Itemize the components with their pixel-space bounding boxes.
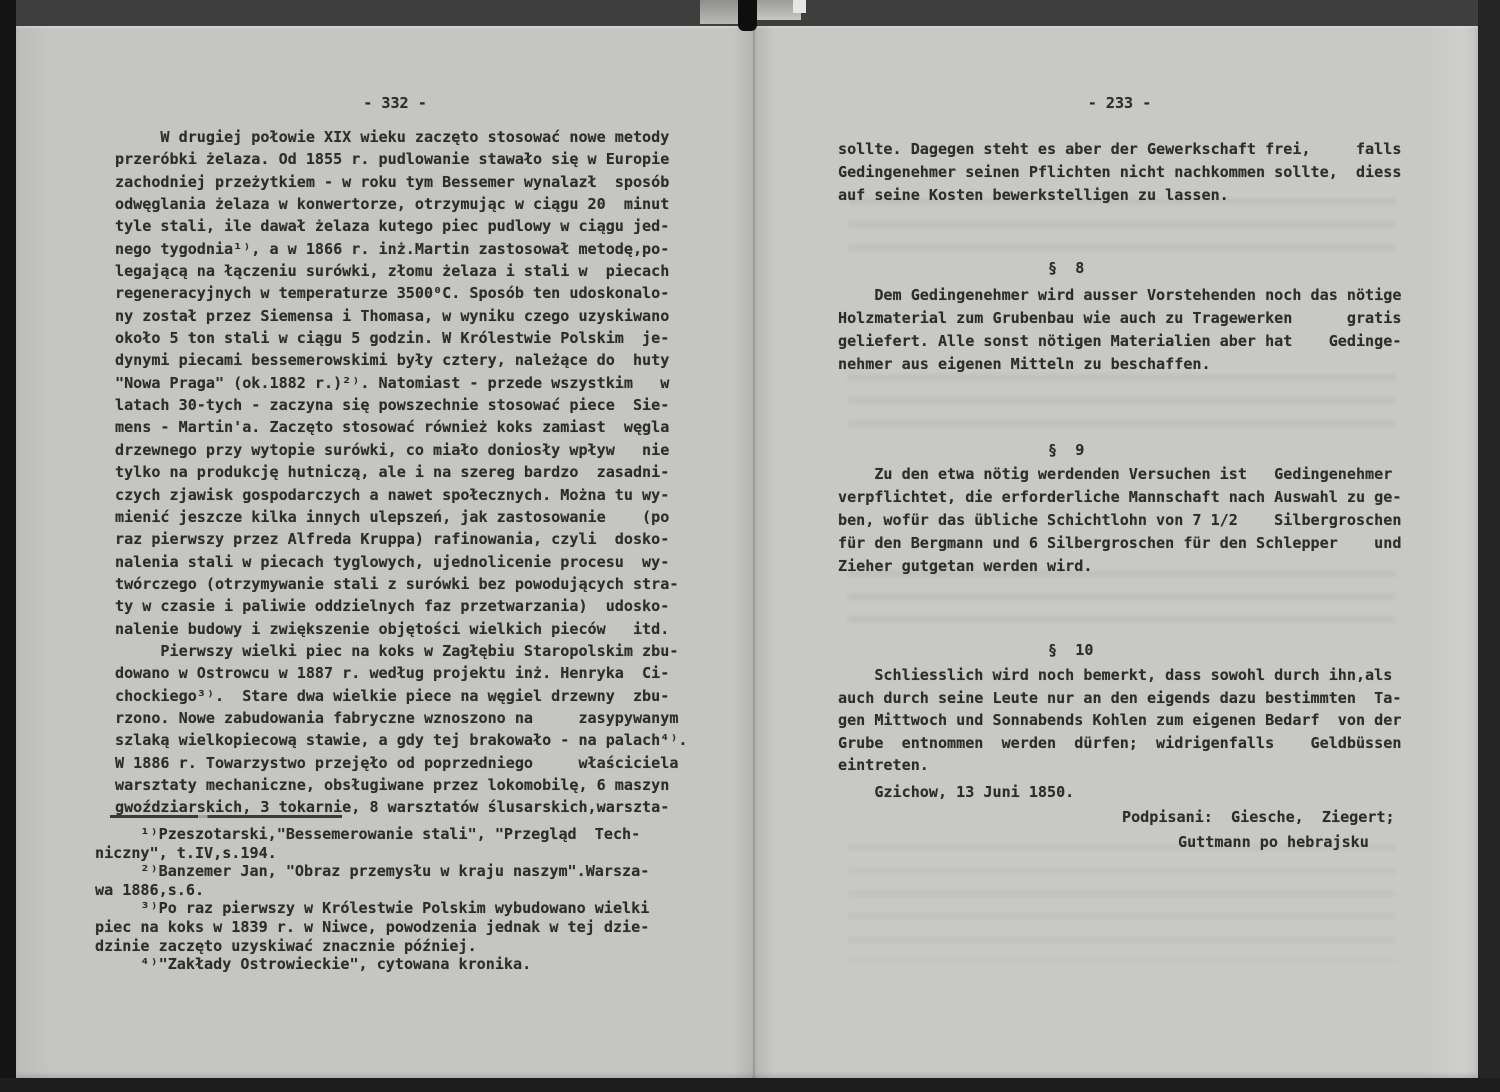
scanner-bottom-band <box>0 1078 1500 1092</box>
section-10-paragraph: Schliesslich wird noch bemerkt, dass sow… <box>838 664 1401 777</box>
left-page-number: - 332 - <box>115 94 675 112</box>
left-page-body-text: W drugiej połowie XIX wieku zaczęto stos… <box>115 126 688 819</box>
section-10-heading: § 10 <box>1048 641 1093 659</box>
left-page-footnotes: ¹⁾Pzeszotarski,"Bessemerowanie stali", "… <box>95 825 649 974</box>
section-8-heading: § 8 <box>1048 259 1084 277</box>
binding-highlight <box>793 0 806 13</box>
bleed-through-ghost <box>848 374 1396 434</box>
footnote-separator-rule <box>110 815 342 818</box>
signature-line-2: Guttmann po hebrajsku <box>1178 833 1369 851</box>
section-9-paragraph: Zu den etwa nötig werdenden Versuchen is… <box>838 463 1401 578</box>
opening-paragraph: sollte. Dagegen steht es aber der Gewerk… <box>838 138 1401 208</box>
dateline: Gzichow, 13 Juni 1850. <box>838 783 1074 801</box>
bleed-through-ghost <box>848 844 1396 962</box>
scanner-left-edge <box>0 0 16 1092</box>
binding-slot <box>738 0 757 31</box>
binding-tab-left <box>700 0 738 24</box>
section-9-heading: § 9 <box>1048 441 1084 459</box>
bleed-through-ghost <box>848 570 1396 636</box>
signature-line-1: Podpisani: Giesche, Ziegert; <box>1122 808 1395 826</box>
book-scan: - 332 - W drugiej połowie XIX wieku zacz… <box>0 0 1500 1092</box>
section-8-paragraph: Dem Gedingenehmer wird ausser Vorstehend… <box>838 284 1401 376</box>
scanner-right-edge <box>1478 0 1500 1092</box>
right-page-number: - 233 - <box>838 94 1401 112</box>
gutter-crease <box>753 26 755 1078</box>
